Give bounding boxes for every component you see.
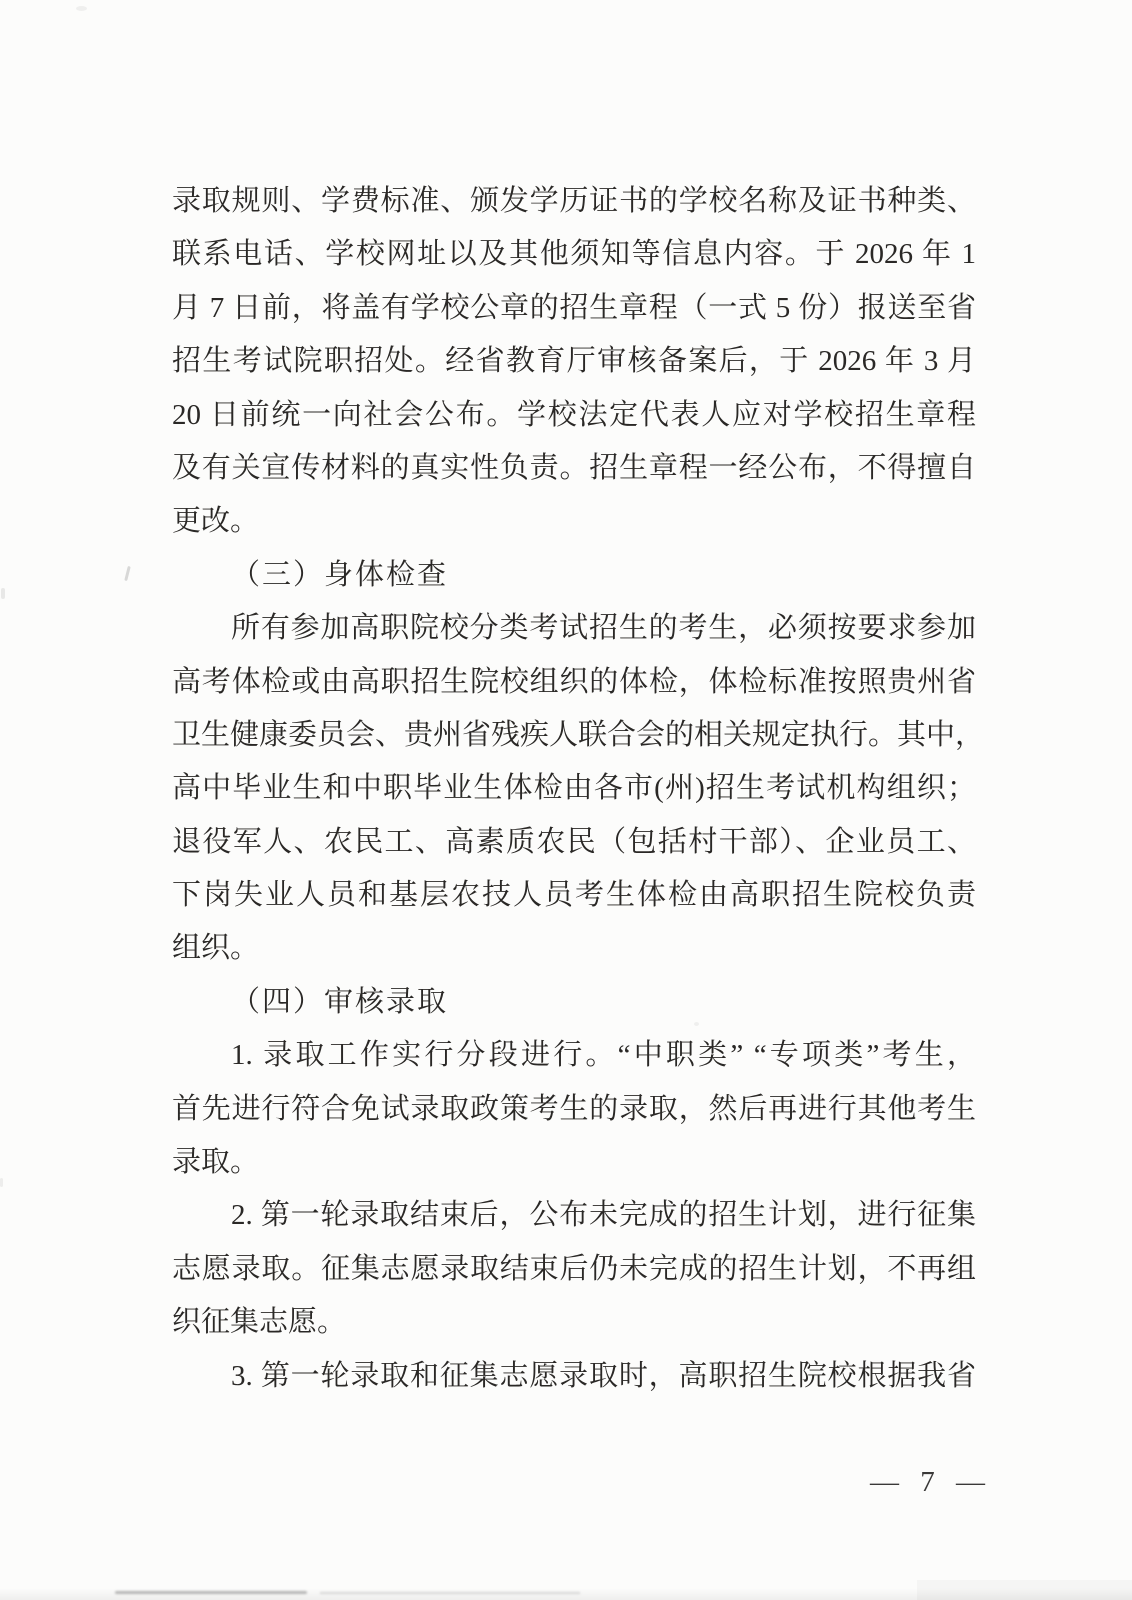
document-text: 录取规则、学费标准、颁发学历证书的学校名称及证书种类、 联系电话、学校网址以及其… — [172, 175, 976, 1403]
document-line: 2. 第一轮录取结束后，公布未完成的招生计划，进行征集 — [172, 1189, 976, 1242]
scan-edge-shadow — [0, 1588, 1132, 1600]
page-number: — 7 — — [870, 1466, 992, 1499]
document-line: 所有参加高职院校分类考试招生的考生，必须按要求参加 — [172, 602, 976, 655]
document-line: 织征集志愿。 — [172, 1296, 976, 1349]
document-line: 更改。 — [172, 495, 976, 548]
document-line: 首先进行符合免试录取政策考生的录取，然后再进行其他考生 — [172, 1083, 976, 1136]
document-line: 高中毕业生和中职毕业生体检由各市(州)招生考试机构组织； — [172, 762, 976, 815]
scan-speck — [124, 566, 131, 581]
document-page: 录取规则、学费标准、颁发学历证书的学校名称及证书种类、 联系电话、学校网址以及其… — [0, 0, 1132, 1600]
document-line: 高考体检或由高职招生院校组织的体检，体检标准按照贵州省 — [172, 656, 976, 709]
section-heading: （四）审核录取 — [172, 976, 976, 1029]
document-line: 联系电话、学校网址以及其他须知等信息内容。于 2026 年 1 — [172, 228, 976, 281]
scan-artifact — [917, 1580, 1132, 1600]
document-line: 退役军人、农民工、高素质农民（包括村干部）、企业员工、 — [172, 816, 976, 869]
document-line: 3. 第一轮录取和征集志愿录取时，高职招生院校根据我省 — [172, 1350, 976, 1403]
scan-speck — [76, 6, 87, 11]
scan-artifact — [115, 1591, 307, 1594]
document-line: 招生考试院职招处。经省教育厅审核备案后，于 2026 年 3 月 — [172, 335, 976, 388]
document-line: 录取。 — [172, 1136, 976, 1189]
document-line: 卫生健康委员会、贵州省残疾人联合会的相关规定执行。其中， — [172, 709, 976, 762]
document-line: 20 日前统一向社会公布。学校法定代表人应对学校招生章程 — [172, 389, 976, 442]
document-line: 及有关宣传材料的真实性负责。招生章程一经公布，不得擅自 — [172, 442, 976, 495]
document-line: 1. 录取工作实行分段进行。“中职类” “专项类”考生， — [172, 1029, 976, 1082]
scan-speck — [0, 1178, 3, 1187]
scan-artifact — [320, 1592, 580, 1594]
document-line: 下岗失业人员和基层农技人员考生体检由高职招生院校负责 — [172, 869, 976, 922]
document-line: 录取规则、学费标准、颁发学历证书的学校名称及证书种类、 — [172, 175, 976, 228]
section-heading: （三）身体检查 — [172, 549, 976, 602]
document-line: 月 7 日前，将盖有学校公章的招生章程（一式 5 份）报送至省 — [172, 282, 976, 335]
document-line: 志愿录取。征集志愿录取结束后仍未完成的招生计划，不再组 — [172, 1243, 976, 1296]
scan-speck — [1, 588, 5, 599]
document-line: 组织。 — [172, 922, 976, 975]
